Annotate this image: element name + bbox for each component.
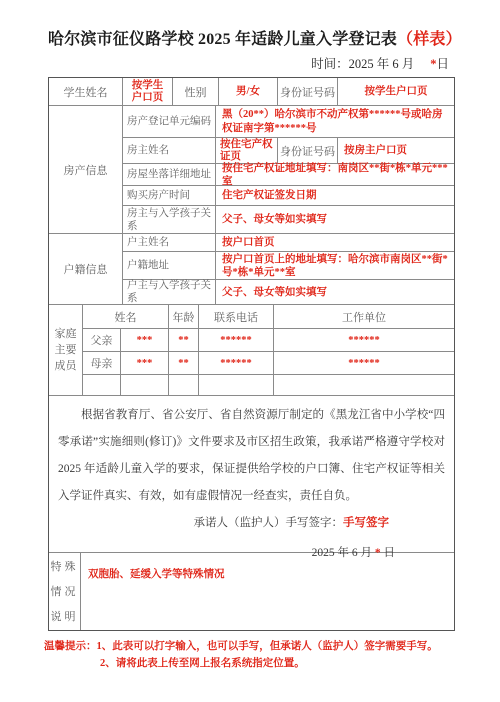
household-head-row: 户主姓名 按户口首页 <box>123 234 454 252</box>
family-row-father: 父亲 *** ** ****** ****** <box>83 329 454 352</box>
form-title-main: 哈尔滨市征仪路学校 2025 年适龄儿童入学登记表 <box>48 31 397 48</box>
property-owner-id-value: 按房主户口页 <box>338 138 454 163</box>
family-mother-phone: ****** <box>199 352 274 374</box>
property-owner-label: 房主姓名 <box>123 138 216 163</box>
household-head-value: 按户口首页 <box>216 234 454 251</box>
family-empty-name <box>121 375 169 395</box>
household-address-label: 户籍地址 <box>123 252 216 279</box>
family-header-phone: 联系电话 <box>199 305 274 328</box>
pledge-section: 根据省教育厅、省公安厅、省自然资源厅制定的《黑龙江省中小学校“四零承诺”实施细则… <box>49 396 454 553</box>
property-section-label: 房产信息 <box>49 106 123 233</box>
form-date-suffix: 日 <box>436 57 449 71</box>
family-father-relation: 父亲 <box>83 329 121 351</box>
household-section-body: 户主姓名 按户口首页 户籍地址 按户口首页上的地址填写：哈尔滨市南岗区**街*号… <box>123 234 454 304</box>
family-empty-age <box>169 375 199 395</box>
household-relation-row: 户主与入学孩子关系 父子、母女等如实填写 <box>123 280 454 304</box>
student-gender-value: 男/女 <box>219 78 278 105</box>
family-section: 家庭主要成员 姓名 年龄 联系电话 工作单位 父亲 *** ** ****** … <box>49 305 454 396</box>
form-date-line: 时间：2025 年 6 月*日 <box>48 54 455 72</box>
household-section-label: 户籍信息 <box>49 234 123 304</box>
family-header-age: 年龄 <box>169 305 199 328</box>
special-label: 特殊情况说明 <box>49 553 81 630</box>
family-mother-age: ** <box>169 352 199 374</box>
footer-note-item-1: 1、此表可以打字输入，也可以手写，但承诺人（监护人）签字需要手写。 <box>97 641 438 652</box>
student-gender-label: 性别 <box>173 78 219 105</box>
family-mother-name: *** <box>121 352 169 374</box>
family-father-name: *** <box>121 329 169 351</box>
household-address-value: 按户口首页上的地址填写：哈尔滨市南岗区**街*号*栋*单元**室 <box>216 252 454 279</box>
footer-note-line-1: 温馨提示：1、此表可以打字输入，也可以手写，但承诺人（监护人）签字需要手写。 <box>44 638 455 655</box>
property-address-value: 按住宅产权证地址填写：南岗区**街*栋*单元***室 <box>216 164 454 185</box>
footer-notes: 温馨提示：1、此表可以打字输入，也可以手写，但承诺人（监护人）签字需要手写。 2… <box>44 638 455 672</box>
student-id-label: 身份证号码 <box>278 78 338 105</box>
student-row: 学生姓名 按学生户口页 性别 男/女 身份证号码 按学生户口页 <box>49 78 454 106</box>
form-title: 哈尔滨市征仪路学校 2025 年适龄儿童入学登记表（样表） <box>48 26 455 49</box>
footer-notes-prefix: 温馨提示： <box>44 641 97 652</box>
household-section: 户籍信息 户主姓名 按户口首页 户籍地址 按户口首页上的地址填写：哈尔滨市南岗区… <box>49 234 454 305</box>
property-purchase-label: 购买房产时间 <box>123 186 216 205</box>
family-empty-phone <box>199 375 274 395</box>
special-section: 特殊情况说明 双胞胎、延缓入学等特殊情况 <box>49 553 454 630</box>
pledge-signature-value: 手写签字 <box>343 517 389 529</box>
property-unit-code-value: 黑（20**）哈尔滨市不动产权第******号或哈房权证南字第******号 <box>216 106 454 137</box>
family-mother-workplace: ****** <box>274 352 454 374</box>
family-father-age: ** <box>169 329 199 351</box>
household-address-row: 户籍地址 按户口首页上的地址填写：哈尔滨市南岗区**街*号*栋*单元**室 <box>123 252 454 280</box>
family-header-row: 姓名 年龄 联系电话 工作单位 <box>83 305 454 329</box>
property-section-body: 房产登记单元编码 黑（20**）哈尔滨市不动产权第******号或哈房权证南字第… <box>123 106 454 233</box>
pledge-signature-label: 承诺人（监护人）手写签字： <box>194 517 344 529</box>
household-relation-value: 父子、母女等如实填写 <box>216 280 454 304</box>
property-owner-row: 房主姓名 按住宅产权证页 身份证号码 按房主户口页 <box>123 138 454 164</box>
special-value: 双胞胎、延缓入学等特殊情况 <box>81 553 454 630</box>
property-owner-value: 按住宅产权证页 <box>216 138 278 163</box>
student-name-label: 学生姓名 <box>49 78 123 105</box>
student-name-value: 按学生户口页 <box>123 78 173 105</box>
registration-table: 学生姓名 按学生户口页 性别 男/女 身份证号码 按学生户口页 房产信息 房产登… <box>48 77 455 631</box>
property-unit-code-label: 房产登记单元编码 <box>123 106 216 137</box>
household-head-label: 户主姓名 <box>123 234 216 251</box>
pledge-signature-line: 承诺人（监护人）手写签字：手写签字 <box>58 514 445 530</box>
form-title-tag: （样表） <box>397 31 462 48</box>
property-relation-value: 父子、母女等如实填写 <box>216 206 454 233</box>
pledge-paragraph: 根据省教育厅、省公安厅、省自然资源厅制定的《黑龙江省中小学校“四零承诺”实施细则… <box>58 402 445 510</box>
property-relation-row: 房主与入学孩子关系 父子、母女等如实填写 <box>123 206 454 233</box>
property-unit-code-row: 房产登记单元编码 黑（20**）哈尔滨市不动产权第******号或哈房权证南字第… <box>123 106 454 138</box>
property-relation-label: 房主与入学孩子关系 <box>123 206 216 233</box>
form-date-prefix: 时间：2025 年 6 月 <box>311 57 414 71</box>
family-mother-relation: 母亲 <box>83 352 121 374</box>
family-row-mother: 母亲 *** ** ****** ****** <box>83 352 454 375</box>
family-header-workplace: 工作单位 <box>274 305 454 328</box>
property-owner-id-label: 身份证号码 <box>278 138 338 163</box>
household-relation-label: 户主与入学孩子关系 <box>123 280 216 304</box>
family-father-workplace: ****** <box>274 329 454 351</box>
footer-note-line-2: 2、请将此表上传至网上报名系统指定位置。 <box>44 655 455 672</box>
student-id-value: 按学生户口页 <box>338 78 454 105</box>
family-father-phone: ****** <box>199 329 274 351</box>
family-row-empty <box>83 375 454 395</box>
property-purchase-value: 住宅产权证签发日期 <box>216 186 454 205</box>
property-section: 房产信息 房产登记单元编码 黑（20**）哈尔滨市不动产权第******号或哈房… <box>49 106 454 234</box>
footer-note-item-2: 2、请将此表上传至网上报名系统指定位置。 <box>100 658 305 669</box>
property-address-row: 房屋坐落详细地址 按住宅产权证地址填写：南岗区**街*栋*单元***室 <box>123 164 454 186</box>
family-section-body: 姓名 年龄 联系电话 工作单位 父亲 *** ** ****** ****** … <box>83 305 454 395</box>
property-address-label: 房屋坐落详细地址 <box>123 164 216 185</box>
family-header-name: 姓名 <box>83 305 169 328</box>
family-section-label: 家庭主要成员 <box>49 305 83 395</box>
family-empty-relation <box>83 375 121 395</box>
registration-form-page: 哈尔滨市征仪路学校 2025 年适龄儿童入学登记表（样表） 时间：2025 年 … <box>0 0 500 702</box>
family-empty-workplace <box>274 375 454 395</box>
property-purchase-row: 购买房产时间 住宅产权证签发日期 <box>123 186 454 206</box>
